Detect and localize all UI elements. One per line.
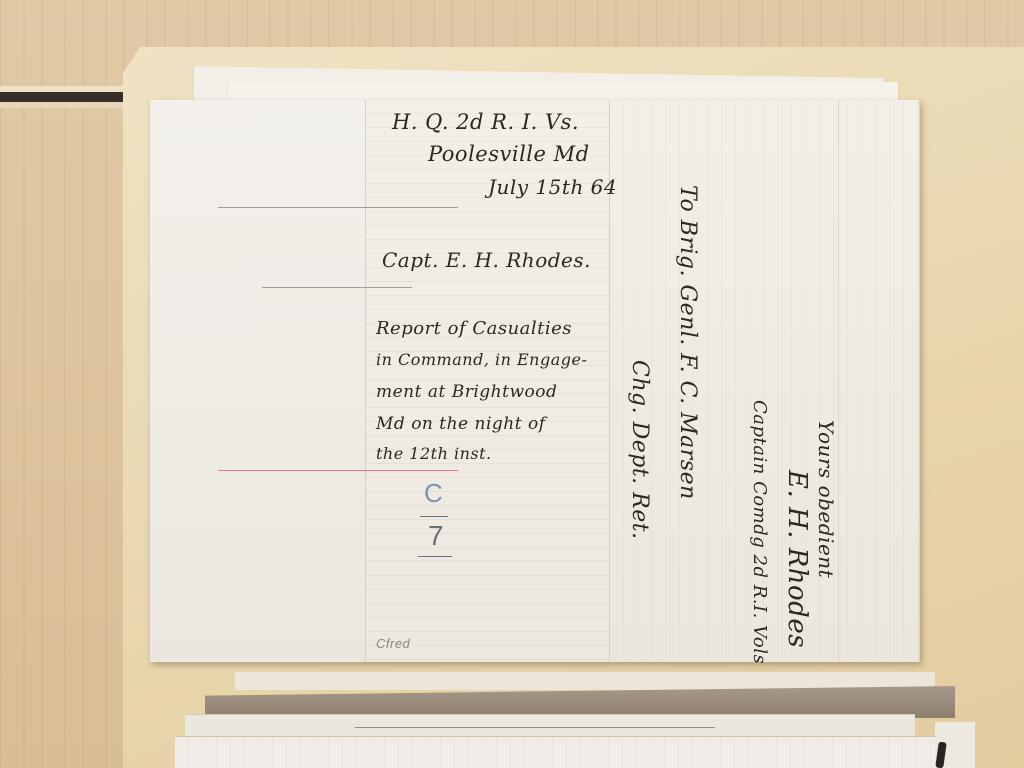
document-panel-left [150, 100, 366, 662]
docket-header-unit: H. Q. 2d R. I. Vs. [392, 110, 579, 134]
docket-header-date: July 15th 64 [488, 175, 617, 199]
file-mark-underline [418, 556, 452, 557]
stack-sheet [185, 714, 915, 738]
file-mark-rule [420, 516, 448, 517]
red-rule-divider [218, 207, 458, 208]
file-mark-number: 7 [428, 520, 444, 552]
stack-sheet [235, 672, 935, 690]
docket-header-location: Poolesville Md [428, 142, 590, 166]
pencil-note: Cfred [376, 636, 410, 651]
red-rule-divider [218, 470, 458, 471]
desk-slot [0, 86, 124, 108]
endorsement-to-line: To Brig. Genl. F. C. Marsen [675, 185, 700, 500]
file-mark-letter: C [424, 478, 443, 509]
docket-addressee: Capt. E. H. Rhodes. [382, 248, 591, 272]
docket-subject-line: the 12th inst. [376, 444, 492, 463]
endorsement-dept-line: Chg. Dept. Ret. [627, 360, 652, 540]
paper-stack [175, 672, 975, 768]
signature-name: E. H. Rhodes [782, 470, 812, 648]
docket-subject-line: Report of Casualties [376, 318, 572, 339]
docket-subject-line: Md on the night of [376, 414, 546, 434]
red-rule-divider [262, 287, 412, 288]
stack-sheet-handwritten [175, 736, 935, 768]
signature-rank: Captain Comdg 2d R.I. Vols [749, 400, 770, 664]
docket-subject-line: in Command, in Engage- [376, 350, 587, 369]
docket-subject-line: ment at Brightwood [376, 382, 557, 402]
signature-closing: Yours obedient [814, 420, 838, 578]
